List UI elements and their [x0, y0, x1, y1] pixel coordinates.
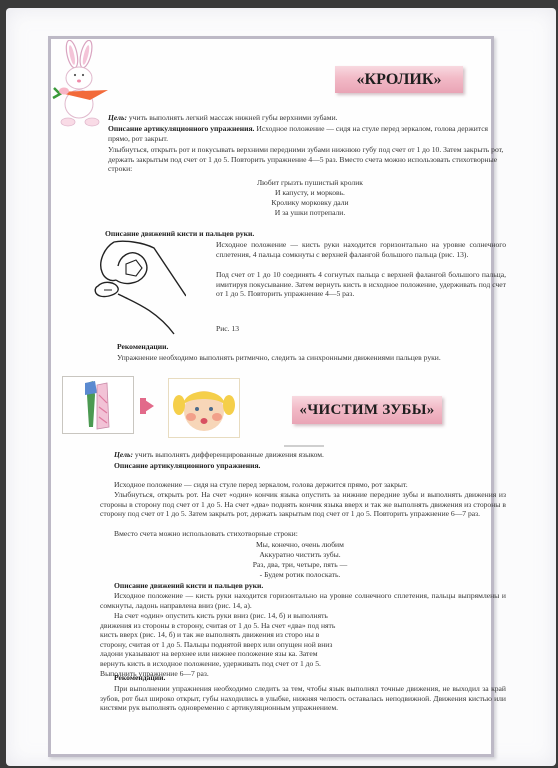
recommendations-heading: Рекомендации.: [117, 342, 317, 352]
articulation-label: Описание артикуляционного упражнения.: [108, 124, 254, 133]
goal-text: учить выполнять дифференцированные движе…: [133, 450, 324, 459]
girl-face-icon: [169, 379, 239, 437]
exercise-steps: Улыбнуться, открыть рот. На счет «один» …: [100, 490, 506, 519]
hand-heading: Описание движений кисти и пальцев руки.: [114, 581, 414, 591]
poem-line: Аккуратно чистить зубы.: [220, 550, 380, 560]
poem-line: И за ушки потрепали.: [220, 208, 400, 218]
poem: Любит грызть пушистый кролик И капусту, …: [220, 178, 400, 218]
goal-label: Цель:: [108, 113, 127, 122]
hand-description-1: Исходное положение — кисть руки находитс…: [216, 240, 506, 259]
poem-line: Раз, два, три, четыре, пять —: [220, 560, 380, 570]
poem-line: Мы, конечно, очень любим: [220, 540, 380, 550]
recommendations-text: При выполнении упражнения необходимо сле…: [100, 684, 506, 713]
recommendations-text: Упражнение необходимо выполнять ритмично…: [117, 353, 517, 363]
scan-artifact: [284, 445, 324, 447]
poem-line: Любит грызть пушистый кролик: [220, 178, 400, 188]
recommendations-heading: Рекомендации.: [114, 673, 314, 683]
goal-line: Цель: учить выполнять легкий массаж нижн…: [108, 113, 508, 123]
articulation-heading: Описание артикуляционного упражнения.: [114, 461, 414, 471]
poem-intro: Вместо счета можно использовать стихотво…: [114, 529, 414, 539]
toothpaste-image: [62, 376, 134, 434]
start-position: Исходное положение — сидя на стуле перед…: [114, 480, 504, 490]
goal-text: учить выполнять легкий массаж нижней губ…: [127, 113, 338, 122]
poem-line: И капусту, и морковь.: [220, 188, 400, 198]
poem: Мы, конечно, очень любим Аккуратно чисти…: [220, 540, 380, 580]
poem-line: - Будем ротик полоскать.: [220, 570, 380, 580]
exercise-title-rabbit: «КРОЛИК»: [335, 66, 463, 93]
articulation-paragraph: Описание артикуляционного упражнения. Ис…: [108, 124, 508, 143]
arrow-icon: [142, 398, 154, 414]
figure-caption: Рис. 13: [216, 324, 276, 334]
hand-description-2: Под счет от 1 до 10 соединять 4 согнутых…: [216, 270, 506, 299]
goal-line: Цель: учить выполнять дифференцированные…: [114, 450, 494, 460]
hand-description-2: На счет «один» опустить кисть руки вниз …: [100, 611, 338, 678]
exercise-title-brushing-teeth: «ЧИСТИМ ЗУБЫ»: [292, 396, 442, 424]
girl-face-image: [168, 378, 240, 438]
exercise-steps: Улыбнуться, открыть рот и покусывать вер…: [108, 145, 508, 174]
hand-description-1: Исходное положение — кисть руки находитс…: [100, 591, 506, 610]
goal-label: Цель:: [114, 450, 133, 459]
toothpaste-icon: [63, 377, 133, 433]
hand-figure-13: [94, 238, 186, 336]
rabbit-illustration: [50, 40, 112, 128]
poem-line: Кролику морковку дали: [220, 198, 400, 208]
